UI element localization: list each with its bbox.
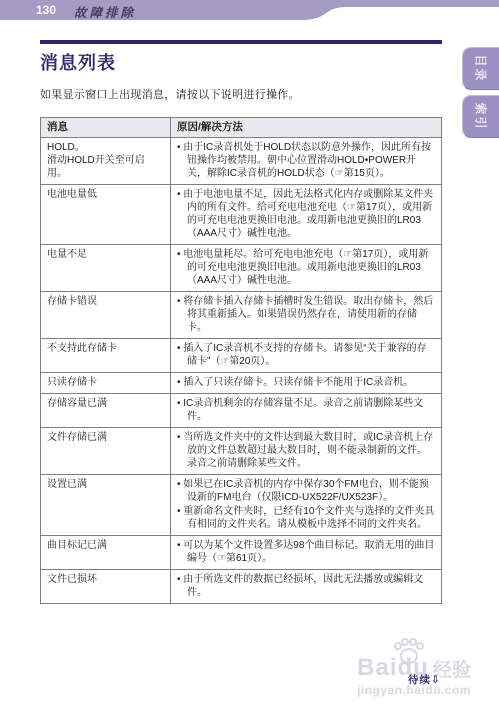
solution-cell: • IC录音机剩余的存储容量不足。录音之前请删除某些文件。: [171, 394, 442, 428]
intro-text: 如果显示窗口上出现消息，请按以下说明进行操作。: [40, 86, 442, 102]
solution-cell: • 插入了IC录音机不支持的存储卡。请参见“关于兼容的存储卡”（☞第20页）。: [171, 339, 442, 373]
main-content: 消息列表 如果显示窗口上出现消息，请按以下说明进行操作。 消息 原因/解决方法 …: [40, 40, 442, 604]
message-cell: 不支持此存储卡: [41, 339, 171, 373]
table-header-row: 消息 原因/解决方法: [41, 118, 442, 138]
continued-label: 待续⇩: [408, 672, 441, 687]
table-row: 设置已满• 如果已在IC录音机的内存中保存30个FM电台，则不能预设新的FM电台…: [41, 475, 442, 536]
message-table-body: HOLD。滑动HOLD开关至可启用。• 由于IC录音机处于HOLD状态以防意外操…: [41, 138, 442, 604]
table-row: 文件存储已满• 当所选文件夹中的文件达到最大数目时，或IC录音机上存放的文件总数…: [41, 428, 442, 475]
tab-contents[interactable]: 目录: [462, 47, 499, 90]
table-row: 只读存储卡• 插入了只读存储卡。只读存储卡不能用于IC录音机。: [41, 373, 442, 394]
solution-cell: • 电池电量耗尽。给可充电电池充电（☞第17页），或用新的可充电电池更换旧电池。…: [171, 245, 442, 292]
manual-page: { "header": { "page_number": "130", "sec…: [0, 0, 499, 717]
page-title: 消息列表: [40, 49, 442, 75]
message-cell: 设置已满: [41, 475, 171, 536]
message-cell: 电量不足: [41, 245, 171, 292]
message-cell: 文件已损坏: [41, 570, 171, 604]
solution-cell: • 将存储卡插入存储卡插槽时发生错误。取出存储卡，然后将其重新插入。如果错误仍然…: [171, 292, 442, 339]
table-row: 文件已损坏• 由于所选文件的数据已经损坏，因此无法播放或编辑文件。: [41, 570, 442, 604]
message-cell: 只读存储卡: [41, 373, 171, 394]
message-cell: 存储卡错误: [41, 292, 171, 339]
message-cell: HOLD。滑动HOLD开关至可启用。: [41, 138, 171, 185]
message-cell: 文件存储已满: [41, 428, 171, 475]
solution-cell: • 由于所选文件的数据已经损坏，因此无法播放或编辑文件。: [171, 570, 442, 604]
top-banner: 130 故障排除: [0, 0, 499, 20]
section-title: 故障排除: [74, 3, 136, 21]
page-number: 130: [36, 3, 56, 17]
table-row: 电池电量低• 由于电池电量不足，因此无法格式化内存或删除某文件夹内的所有文件。给…: [41, 185, 442, 245]
table-row: 曲目标记已满• 可以为某个文件设置多达98个曲目标记。取消无用的曲目编号（☞第6…: [41, 536, 442, 570]
column-header-message: 消息: [41, 118, 171, 138]
solution-cell: • 由于电池电量不足，因此无法格式化内存或删除某文件夹内的所有文件。给可充电电池…: [171, 185, 442, 245]
table-row: HOLD。滑动HOLD开关至可启用。• 由于IC录音机处于HOLD状态以防意外操…: [41, 138, 442, 185]
paw-icon: [391, 638, 425, 671]
table-row: 电量不足• 电池电量耗尽。给可充电电池充电（☞第17页），或用新的可充电电池更换…: [41, 245, 442, 292]
table-row: 存储卡错误• 将存储卡插入存储卡插槽时发生错误。取出存储卡，然后将其重新插入。如…: [41, 292, 442, 339]
tab-index[interactable]: 索引: [462, 95, 499, 138]
solution-cell: • 由于IC录音机处于HOLD状态以防意外操作，因此所有按钮操作均被禁用。朝中心…: [171, 138, 442, 185]
solution-cell: • 当所选文件夹中的文件达到最大数目时，或IC录音机上存放的文件总数超过最大数目…: [171, 428, 442, 475]
solution-cell: • 如果已在IC录音机的内存中保存30个FM电台，则不能预设新的FM电台（仅限I…: [171, 475, 442, 536]
message-table: 消息 原因/解决方法 HOLD。滑动HOLD开关至可启用。• 由于IC录音机处于…: [40, 117, 442, 604]
message-cell: 电池电量低: [41, 185, 171, 245]
column-header-solution: 原因/解决方法: [171, 118, 442, 138]
solution-cell: • 插入了只读存储卡。只读存储卡不能用于IC录音机。: [171, 373, 442, 394]
table-row: 存储容量已满• IC录音机剩余的存储容量不足。录音之前请删除某些文件。: [41, 394, 442, 428]
tab-index-label: 索引: [472, 102, 489, 130]
message-cell: 曲目标记已满: [41, 536, 171, 570]
table-row: 不支持此存储卡• 插入了IC录音机不支持的存储卡。请参见“关于兼容的存储卡”（☞…: [41, 339, 442, 373]
message-cell: 存储容量已满: [41, 394, 171, 428]
solution-cell: • 可以为某个文件设置多达98个曲目标记。取消无用的曲目编号（☞第61页）。: [171, 536, 442, 570]
title-rule: [40, 40, 442, 44]
tab-contents-label: 目录: [472, 54, 489, 82]
